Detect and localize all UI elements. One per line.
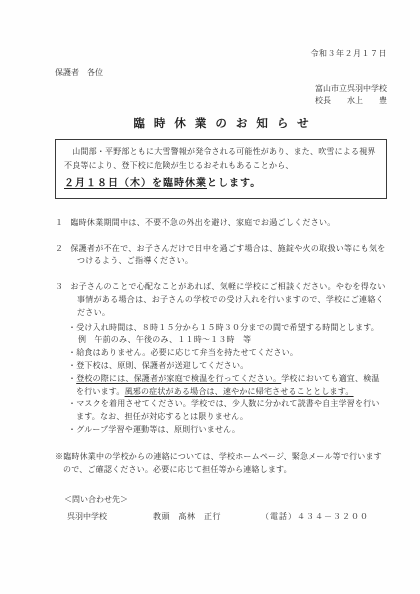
bullet-lunch-text: 給食はありません。必要に応じて弁当を持たせてください。 xyxy=(76,348,298,357)
bullet-mask-text: マスクを着用させてください。学校では、少人数に分かれて読書や自主学習を行います。… xyxy=(76,399,380,421)
bullet-commute-text: 登下校は、原則、保護者が送迎してください。 xyxy=(76,361,248,370)
bullet-accept-time-example: 例 午前のみ、午後のみ、１１時～１３時 等 xyxy=(78,334,387,347)
closure-date-tail: とします。 xyxy=(207,178,261,189)
sender-school: 富山市立呉羽中学校 xyxy=(55,83,387,95)
bullet-marker: ・ xyxy=(68,361,76,370)
item-2-text: 保護者が不在で、お子さんだけで日中を過ごす場合は、施錠や火の取扱い等にも気をつけ… xyxy=(70,244,385,266)
bullet-temp-underlined-2: 風邪の症状がある場合は、速やかに帰宅させることとします。 xyxy=(125,387,354,396)
sender-block: 富山市立呉羽中学校 校長 水上 豊 xyxy=(55,83,387,108)
bullet-temp-underlined-1: 登校の際には、保護者が家庭で検温を行ってください。 xyxy=(76,374,281,383)
item-1-text: 臨時休業期間中は、不要不急の外出を避け、家庭でお過ごしください。 xyxy=(70,218,335,227)
item-3-bullets: ・受け入れ時間は、８時１５分から１５時３０分までの間で希望する時間とします。 例… xyxy=(68,322,387,437)
notice-document: 令和３年２月１７日 保護者 各位 富山市立呉羽中学校 校長 水上 豊 臨時休業の… xyxy=(0,0,420,594)
bullet-group-study-text: グループ学習や運動等は、原則行いません。 xyxy=(76,425,240,434)
item-3-number: ３ xyxy=(55,282,63,291)
bullet-marker: ・ xyxy=(68,323,76,332)
contact-phone: （電話）４３４－３２００ xyxy=(261,511,369,524)
contact-person: 教頭 髙林 正行 xyxy=(153,511,261,524)
item-3: ３お子さんのことで心配なことがあれば、気軽に学校にご相談ください。やむを得ない事… xyxy=(55,281,387,319)
notice-summary-body: 山間部・平野部ともに大雪警報が発令される可能性があり、また、吹雪による視界不良等… xyxy=(64,145,378,173)
bullet-accept-time-text: 受け入れ時間は、８時１５分から１５時３０分までの間で希望する時間とします。 xyxy=(76,323,379,332)
item-1-number: １ xyxy=(55,218,63,227)
closure-date-underlined: ２月１８日（木）を臨時休業 xyxy=(64,178,207,189)
footnote: ※臨時休業中の学校からの連絡については、学校ホームページ、緊急メール等で行います… xyxy=(51,451,387,477)
contact-heading: ＜問い合わせ先＞ xyxy=(64,494,387,507)
bullet-accept-time: ・受け入れ時間は、８時１５分から１５時３０分までの間で希望する時間とします。 xyxy=(68,322,387,335)
contact-row: 呉羽中学校教頭 髙林 正行（電話）４３４－３２００ xyxy=(67,511,387,524)
contact-section: ＜問い合わせ先＞ 呉羽中学校教頭 髙林 正行（電話）４３４－３２００ xyxy=(64,494,387,524)
item-3-text: お子さんのことで心配なことがあれば、気軽に学校にご相談ください。やむを得ない事情… xyxy=(70,282,385,317)
bullet-temperature: ・登校の際には、保護者が家庭で検温を行ってください。学校においても適宜、検温を行… xyxy=(68,373,387,399)
notice-summary-box: 山間部・平野部ともに大雪警報が発令される可能性があり、また、吹雪による視界不良等… xyxy=(55,139,387,199)
bullet-marker: ・ xyxy=(68,425,76,434)
item-2: ２保護者が不在で、お子さんだけで日中を過ごす場合は、施錠や火の取扱い等にも気をつ… xyxy=(55,243,387,269)
bullet-marker: ・ xyxy=(68,399,76,408)
addressee: 保護者 各位 xyxy=(55,67,387,80)
bullet-marker: ・ xyxy=(68,348,76,357)
bullet-mask: ・マスクを着用させてください。学校では、少人数に分かれて読書や自主学習を行います… xyxy=(68,398,387,424)
contact-school: 呉羽中学校 xyxy=(67,511,153,524)
bullet-commute: ・登下校は、原則、保護者が送迎してください。 xyxy=(68,360,387,373)
item-2-number: ２ xyxy=(55,244,63,253)
closure-date-statement: ２月１８日（木）を臨時休業とします。 xyxy=(64,176,378,192)
issue-date: 令和３年２月１７日 xyxy=(55,48,387,61)
page-title: 臨時休業のお知らせ xyxy=(55,115,387,133)
item-1: １臨時休業期間中は、不要不急の外出を避け、家庭でお過ごしください。 xyxy=(55,217,387,230)
bullet-group-study: ・グループ学習や運動等は、原則行いません。 xyxy=(68,424,387,437)
sender-principal: 校長 水上 豊 xyxy=(55,95,387,107)
bullet-lunch: ・給食はありません。必要に応じて弁当を持たせてください。 xyxy=(68,347,387,360)
bullet-marker: ・ xyxy=(68,374,76,383)
notice-items: １臨時休業期間中は、不要不急の外出を避け、家庭でお過ごしください。 ２保護者が不… xyxy=(55,217,387,437)
